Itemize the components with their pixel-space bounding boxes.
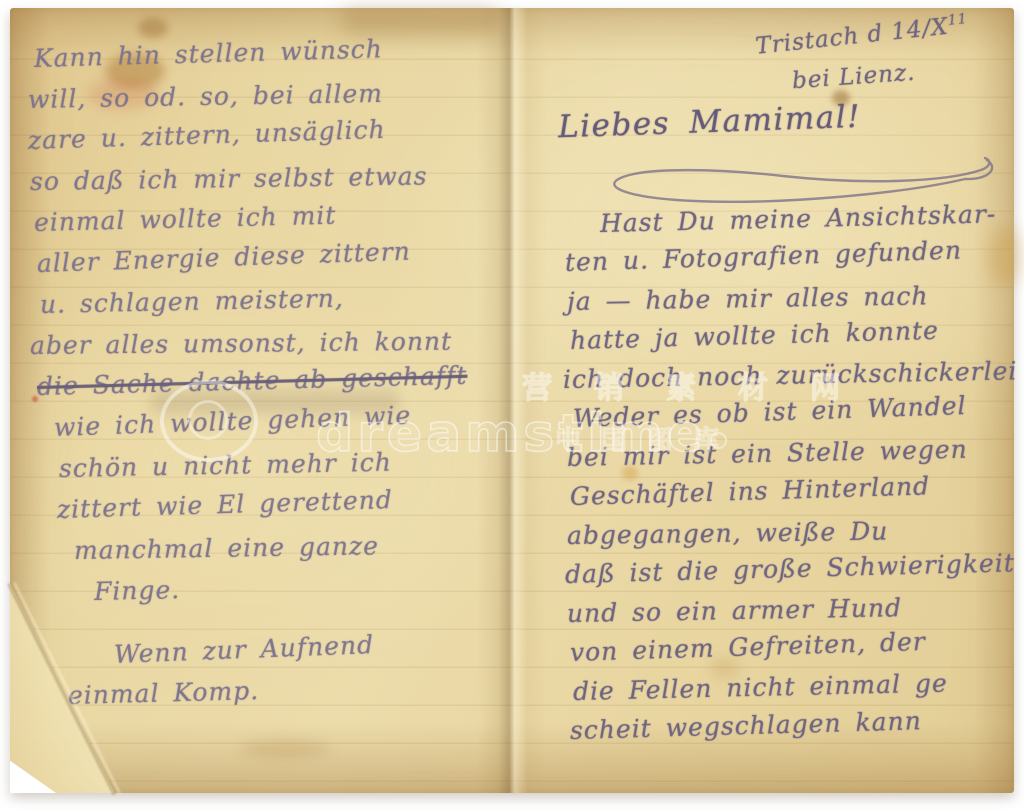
- handwriting-line: u. schlagen meistern,: [40, 274, 497, 325]
- letter-paper: Kann hin stellen wünsch will, so od. so,…: [10, 8, 1014, 793]
- watermark-logo-inner-circle: [188, 400, 228, 440]
- dateline-place: bei Lienz.: [791, 60, 916, 95]
- stain: [240, 740, 330, 758]
- salutation: Liebes Mamimal!: [557, 99, 861, 146]
- watermark-cn-text-2: 中国图库: [555, 420, 739, 457]
- photo-stage: Kann hin stellen wünsch will, so od. so,…: [0, 0, 1024, 812]
- date-year-superscript: 11: [947, 11, 968, 29]
- handwriting-line: Kann hin stellen wünsch: [33, 25, 496, 79]
- watermark-logo-circle: [160, 380, 258, 462]
- left-page: Kann hin stellen wünsch will, so od. so,…: [28, 38, 496, 716]
- handwriting-line: Finge.: [94, 562, 497, 612]
- date-text: Tristach d 14/X: [754, 14, 950, 60]
- watermark-cn-text: 营销素材网: [522, 363, 882, 407]
- right-page: Hast Du meine Ansichtskar- ten u. Fotogr…: [555, 204, 1017, 750]
- dateline: Tristach d 14/X11: [754, 11, 969, 60]
